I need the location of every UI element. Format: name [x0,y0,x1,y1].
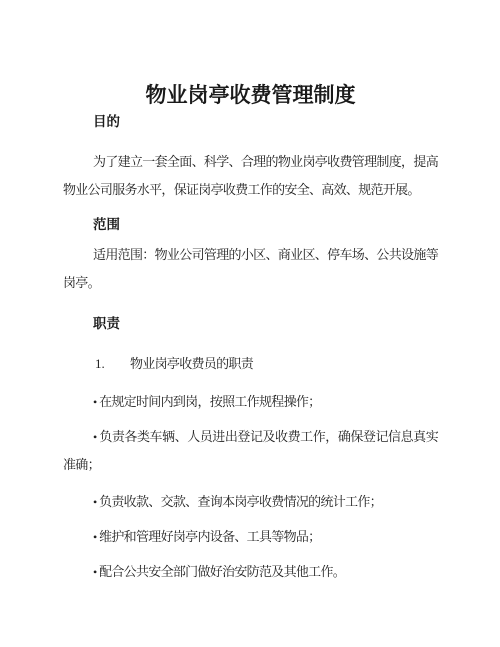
list-item-title: 物业岗亭收费员的职责 [130,356,253,371]
paragraph-scope: 适用范围：物业公司管理的小区、商业区、停车场、公共设施等岗亭。 [63,241,438,297]
bullet-marker-icon: • [93,395,97,409]
duties-list-item: 1.物业岗亭收费员的职责 [63,350,438,378]
duty-bullet-3-text: 负责收款、交款、查询本岗亭收费情况的统计工作； [99,494,382,509]
section-heading-duties: 职责 [93,310,438,338]
document-content: 物业岗亭收费管理制度 目的 为了建立一套全面、科学、合理的物业岗亭收费管理制度，… [63,84,438,586]
duty-bullet-1-text: 在规定时间内到岗，按照工作规程操作； [99,394,320,409]
paragraph-purpose: 为了建立一套全面、科学、合理的物业岗亭收费管理制度，提高物业公司服务水平，保证岗… [63,148,438,204]
section-heading-scope: 范围 [93,211,438,239]
bullet-marker-icon: • [93,565,97,579]
duty-bullet-5: • 配合公共安全部门做好治安防范及其他工作。 [63,558,438,586]
section-heading-purpose: 目的 [93,108,438,136]
list-item-number: 1. [95,350,130,378]
duty-bullet-2-text: 负责各类车辆、人员进出登记及收费工作，确保登记信息真实准确； [63,429,438,472]
duty-bullet-4-text: 维护和管理好岗亭内设备、工具等物品； [99,529,320,544]
bullet-marker-icon: • [93,530,97,544]
document-title: 物业岗亭收费管理制度 [63,84,438,108]
duty-bullet-3: • 负责收款、交款、查询本岗亭收费情况的统计工作； [63,488,438,516]
bullet-marker-icon: • [93,430,97,444]
duty-bullet-5-text: 配合公共安全部门做好治安防范及其他工作。 [99,564,345,579]
duty-bullet-4: • 维护和管理好岗亭内设备、工具等物品； [63,523,438,551]
duty-bullet-2: • 负责各类车辆、人员进出登记及收费工作，确保登记信息真实准确； [63,423,438,479]
duty-bullet-1: • 在规定时间内到岗，按照工作规程操作； [63,388,438,416]
bullet-marker-icon: • [93,495,97,509]
document-page: 物业岗亭收费管理制度 目的 为了建立一套全面、科学、合理的物业岗亭收费管理制度，… [0,0,500,647]
